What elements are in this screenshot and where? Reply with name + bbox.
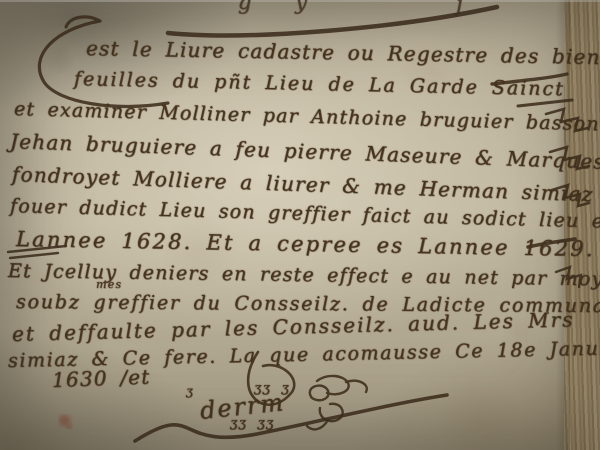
cropped-top-line-fragment: g y (238, 0, 323, 14)
manuscript-photo: g y ſ est le Liure cadastre ou Regestre … (0, 0, 600, 450)
cropped-top-line-fragment: ſ (456, 0, 465, 17)
red-ink-mark (58, 414, 74, 430)
signature-marks-above: ʒʒ ʒ (254, 381, 290, 396)
manuscript-line-12: 1630 /et (52, 365, 151, 392)
signature-marks-below: ʒʒ ʒʒ (230, 416, 274, 431)
signature-mark-left: ʒ (186, 384, 194, 398)
interlinear-superscript: mes (96, 278, 122, 291)
